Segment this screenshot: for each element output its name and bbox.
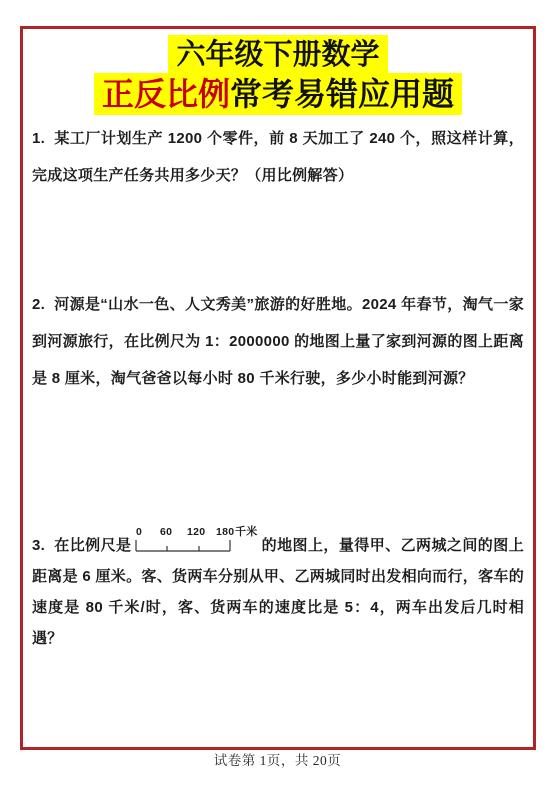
scale-tick-label-120: 120 (187, 526, 205, 538)
page-border-frame: 六年级下册数学 正反比例常考易错应用题 1.某工厂计划生产 1200 个零件，前… (20, 26, 536, 750)
scale-tick-label-180: 180 (216, 526, 234, 538)
title-line-2: 正反比例常考易错应用题 (32, 73, 524, 115)
question-2-text: 河源是“山水一色、人文秀美”旅游的好胜地。2024 年春节，淘气一家到河源旅行，… (32, 296, 524, 387)
question-2: 2.河源是“山水一色、人文秀美”旅游的好胜地。2024 年春节，淘气一家到河源旅… (32, 286, 524, 397)
question-1-number: 1. (32, 130, 45, 147)
title-accent-text: 正反比例 (102, 75, 230, 113)
question-3: 3.在比例尺是 0 60 120 180 千米 的地图上，量得甲、乙两城之间的图… (32, 524, 524, 654)
title-line-1-text: 六年级下册数学 (168, 35, 387, 73)
question-1: 1.某工厂计划生产 1200 个零件，前 8 天加工了 240 个，照这样计算，… (32, 120, 524, 194)
title-line-2-highlight: 正反比例常考易错应用题 (94, 73, 462, 115)
worksheet-page: 六年级下册数学 正反比例常考易错应用题 1.某工厂计划生产 1200 个零件，前… (0, 0, 555, 785)
scale-tick-label-0: 0 (136, 526, 142, 538)
title-line-2-rest: 常考易错应用题 (230, 75, 454, 113)
question-1-text: 某工厂计划生产 1200 个零件，前 8 天加工了 240 个，照这样计算，完成… (32, 130, 524, 184)
scale-ruler-line (136, 540, 230, 551)
question-3-number: 3. (32, 537, 45, 554)
question-2-number: 2. (32, 296, 45, 313)
scale-tick-label-60: 60 (160, 526, 172, 538)
title-line-1: 六年级下册数学 (32, 35, 524, 73)
map-scale-ruler-diagram: 0 60 120 180 千米 (133, 524, 259, 554)
footer-page-indicator: 试卷第 1页，共 20页 (0, 749, 555, 769)
question-3-text-before-scale: 在比例尺是 (54, 537, 131, 554)
title-block: 六年级下册数学 正反比例常考易错应用题 (32, 35, 524, 115)
scale-unit-label: 千米 (235, 524, 258, 538)
